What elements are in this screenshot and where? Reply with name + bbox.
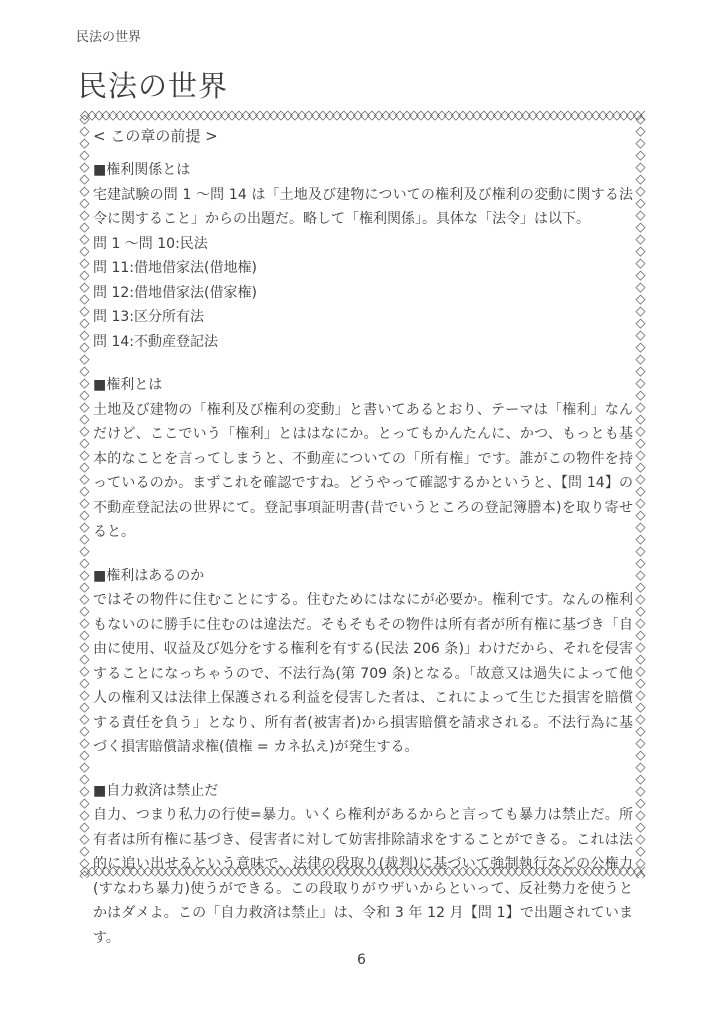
chapter-premise-label: < この章の前提 > xyxy=(93,124,633,149)
box-content: < この章の前提 > ■権利関係とは宅建試験の問 1 〜問 14 は「土地及び建… xyxy=(93,124,633,950)
diamond-border-top-icon: ◇◇◇◇◇◇◇◇◇◇◇◇◇◇◇◇◇◇◇◇◇◇◇◇◇◇◇◇◇◇◇◇◇◇◇◇◇◇◇◇… xyxy=(80,110,645,123)
content-box: ◇◇◇◇◇◇◇◇◇◇◇◇◇◇◇◇◇◇◇◇◇◇◇◇◇◇◇◇◇◇◇◇◇◇◇◇◇◇◇◇… xyxy=(80,112,645,878)
page-number: 6 xyxy=(0,952,723,968)
section-paragraph: 宅建試験の問 1 〜問 14 は「土地及び建物についての権利及び権利の変動に関す… xyxy=(93,183,633,232)
list-item: 問 12:借地借家法(借家権) xyxy=(93,281,633,306)
section-heading: ■自力救済は禁止だ xyxy=(93,779,633,804)
section: ■権利とは土地及び建物の「権利及び権利の変動」と書いてあるとおり、テーマは「権利… xyxy=(93,373,633,545)
page-title: 民法の世界 xyxy=(78,64,228,105)
running-header: 民法の世界 xyxy=(76,26,141,45)
section: ■権利関係とは宅建試験の問 1 〜問 14 は「土地及び建物についての権利及び権… xyxy=(93,158,633,354)
section-paragraph: 自力、つまり私力の行使=暴力。いくら権利があるからと言っても暴力は禁止だ。所有者… xyxy=(93,803,633,950)
list-item: 問 1 〜問 10:民法 xyxy=(93,232,633,257)
list-item: 問 11:借地借家法(借地権) xyxy=(93,256,633,281)
section-heading: ■権利とは xyxy=(93,373,633,398)
document-page: 民法の世界 民法の世界 ◇◇◇◇◇◇◇◇◇◇◇◇◇◇◇◇◇◇◇◇◇◇◇◇◇◇◇◇… xyxy=(0,0,723,1024)
list-item: 問 13:区分所有法 xyxy=(93,305,633,330)
diamond-border-left-icon: ◇◇◇◇◇◇◇◇◇◇◇◇◇◇◇◇◇◇◇◇◇◇◇◇◇◇◇◇◇◇◇◇◇◇◇◇◇◇◇◇… xyxy=(78,112,91,878)
sections-container: ■権利関係とは宅建試験の問 1 〜問 14 は「土地及び建物についての権利及び権… xyxy=(93,158,633,950)
section: ■権利はあるのかではその物件に住むことにする。住むためにはなにが必要か。権利です… xyxy=(93,564,633,760)
diamond-border-right-icon: ◇◇◇◇◇◇◇◇◇◇◇◇◇◇◇◇◇◇◇◇◇◇◇◇◇◇◇◇◇◇◇◇◇◇◇◇◇◇◇◇… xyxy=(634,112,647,878)
list-item: 問 14:不動産登記法 xyxy=(93,330,633,355)
section: ■自力救済は禁止だ自力、つまり私力の行使=暴力。いくら権利があるからと言っても暴… xyxy=(93,779,633,951)
section-paragraph: ではその物件に住むことにする。住むためにはなにが必要か。権利です。なんの権利もな… xyxy=(93,588,633,760)
section-heading: ■権利はあるのか xyxy=(93,564,633,589)
section-paragraph: 土地及び建物の「権利及び権利の変動」と書いてあるとおり、テーマは「権利」なんだけ… xyxy=(93,398,633,545)
section-heading: ■権利関係とは xyxy=(93,158,633,183)
